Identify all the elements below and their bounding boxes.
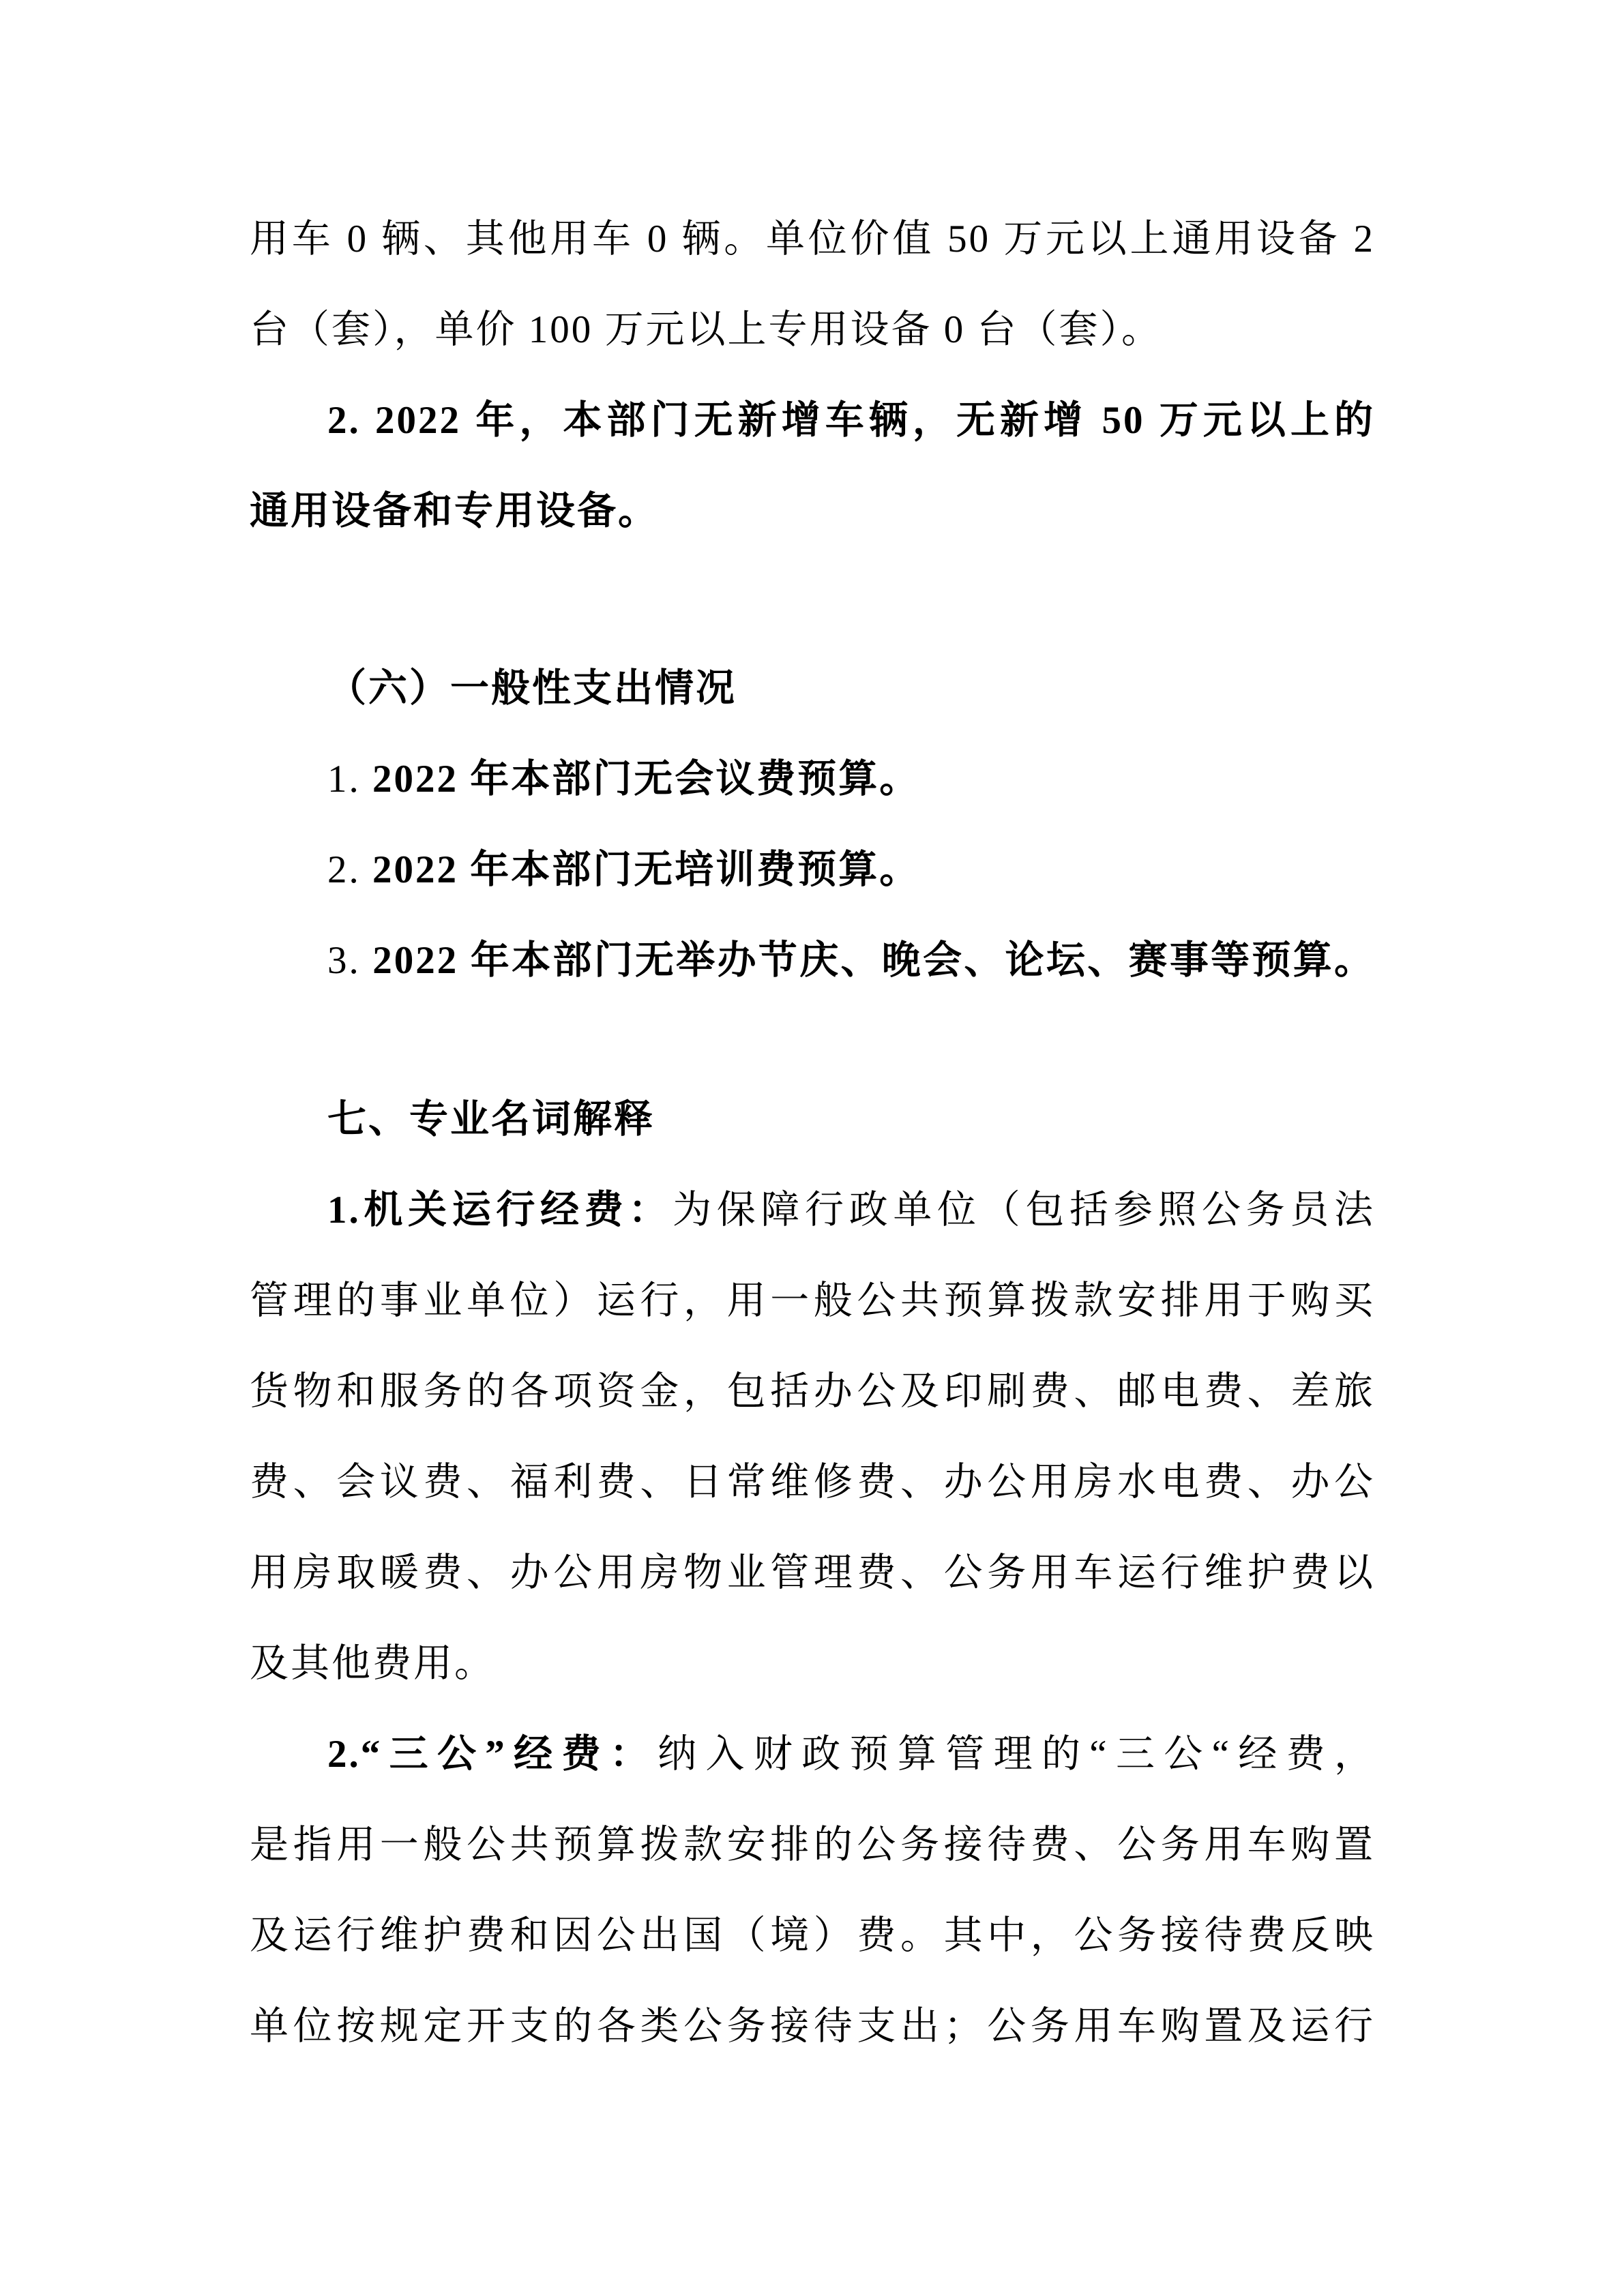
text-segment: 用房取暖费、办公用房物业管理费、公务用车运行维护费以 (250, 1551, 1375, 1594)
doc-line-1: 用车 0 辆、其他用车 0 辆。单位价值 50 万元以上通用设备 2 (250, 194, 1375, 284)
doc-line-6: 1. 2022 年本部门无会议费预算。 (250, 734, 1375, 824)
doc-line-19: 单位按规定开支的各类公务接待支出；公务用车购置及运行 (250, 1981, 1375, 2072)
text-segment: 货物和服务的各项资金，包括办公及印刷费、邮电费、差旅 (250, 1370, 1375, 1413)
text-segment: 为保障行政单位（包括参照公务员法 (673, 1189, 1375, 1232)
document-page: 用车 0 辆、其他用车 0 辆。单位价值 50 万元以上通用设备 2 台（套），… (0, 0, 1624, 2296)
text-segment: 2022 年本部门无会议费预算。 (372, 758, 920, 801)
text-segment: 及其他费用。 (250, 1642, 495, 1685)
doc-line-13: 费、会议费、福利费、日常维修费、办公用房水电费、办公 (250, 1437, 1375, 1527)
term-label: 2.“三公”经费： (327, 1733, 658, 1776)
term-label: 1.机关运行经费： (327, 1189, 673, 1232)
text-segment: 2022 年本部门无培训费预算。 (372, 848, 920, 891)
doc-line-4: 通用设备和专用设备。 (250, 466, 1375, 556)
text-segment: 及运行维护费和因公出国（境）费。其中，公务接待费反映 (250, 1914, 1375, 1957)
doc-line-10: 1.机关运行经费：为保障行政单位（包括参照公务员法 (250, 1165, 1375, 1255)
text-segment: 管理的事业单位）运行，用一般公共预算拨款安排用于购买 (250, 1279, 1375, 1322)
section-heading-6: （六）一般性支出情况 (250, 643, 1375, 734)
doc-line-12: 货物和服务的各项资金，包括办公及印刷费、邮电费、差旅 (250, 1346, 1375, 1437)
text-segment: 台（套），单价 100 万元以上专用设备 0 台（套）。 (250, 308, 1162, 351)
paragraph-gap (250, 1006, 1375, 1074)
text-segment: 用车 0 辆、其他用车 0 辆。单位价值 50 万元以上通用设备 2 (250, 218, 1375, 260)
text-segment: 是指用一般公共预算拨款安排的公务接待费、公务用车购置 (250, 1823, 1375, 1866)
text-segment: 费、会议费、福利费、日常维修费、办公用房水电费、办公 (250, 1461, 1375, 1504)
section-heading-7: 七、专业名词解释 (250, 1074, 1375, 1165)
doc-line-3: 2. 2022 年，本部门无新增车辆，无新增 50 万元以上的 (250, 375, 1375, 466)
doc-line-17: 是指用一般公共预算拨款安排的公务接待费、公务用车购置 (250, 1800, 1375, 1890)
doc-line-15: 及其他费用。 (250, 1618, 1375, 1709)
list-number: 2. (327, 848, 372, 891)
text-segment: 2022 年本部门无举办节庆、晚会、论坛、赛事等预算。 (372, 939, 1375, 982)
text-segment: 单位按规定开支的各类公务接待支出；公务用车购置及运行 (250, 2005, 1375, 2048)
text-block: 用车 0 辆、其他用车 0 辆。单位价值 50 万元以上通用设备 2 台（套），… (250, 194, 1375, 2072)
doc-line-2: 台（套），单价 100 万元以上专用设备 0 台（套）。 (250, 284, 1375, 375)
heading-text: 七、专业名词解释 (327, 1097, 655, 1141)
list-number: 1. (327, 758, 372, 801)
doc-line-8: 3. 2022 年本部门无举办节庆、晚会、论坛、赛事等预算。 (250, 915, 1375, 1006)
list-number: 3. (327, 939, 372, 982)
doc-line-11: 管理的事业单位）运行，用一般公共预算拨款安排用于购买 (250, 1255, 1375, 1346)
doc-line-18: 及运行维护费和因公出国（境）费。其中，公务接待费反映 (250, 1890, 1375, 1981)
doc-line-16: 2.“三公”经费：纳入财政预算管理的“三公“经费， (250, 1709, 1375, 1800)
text-segment: 通用设备和专用设备。 (250, 490, 659, 533)
paragraph-gap (250, 556, 1375, 643)
heading-text: （六）一般性支出情况 (327, 667, 737, 710)
text-segment: 2. 2022 年，本部门无新增车辆，无新增 50 万元以上的 (327, 399, 1375, 442)
doc-line-7: 2. 2022 年本部门无培训费预算。 (250, 824, 1375, 915)
text-segment: 纳入财政预算管理的“三公“经费， (658, 1733, 1375, 1776)
doc-line-14: 用房取暖费、办公用房物业管理费、公务用车运行维护费以 (250, 1527, 1375, 1618)
